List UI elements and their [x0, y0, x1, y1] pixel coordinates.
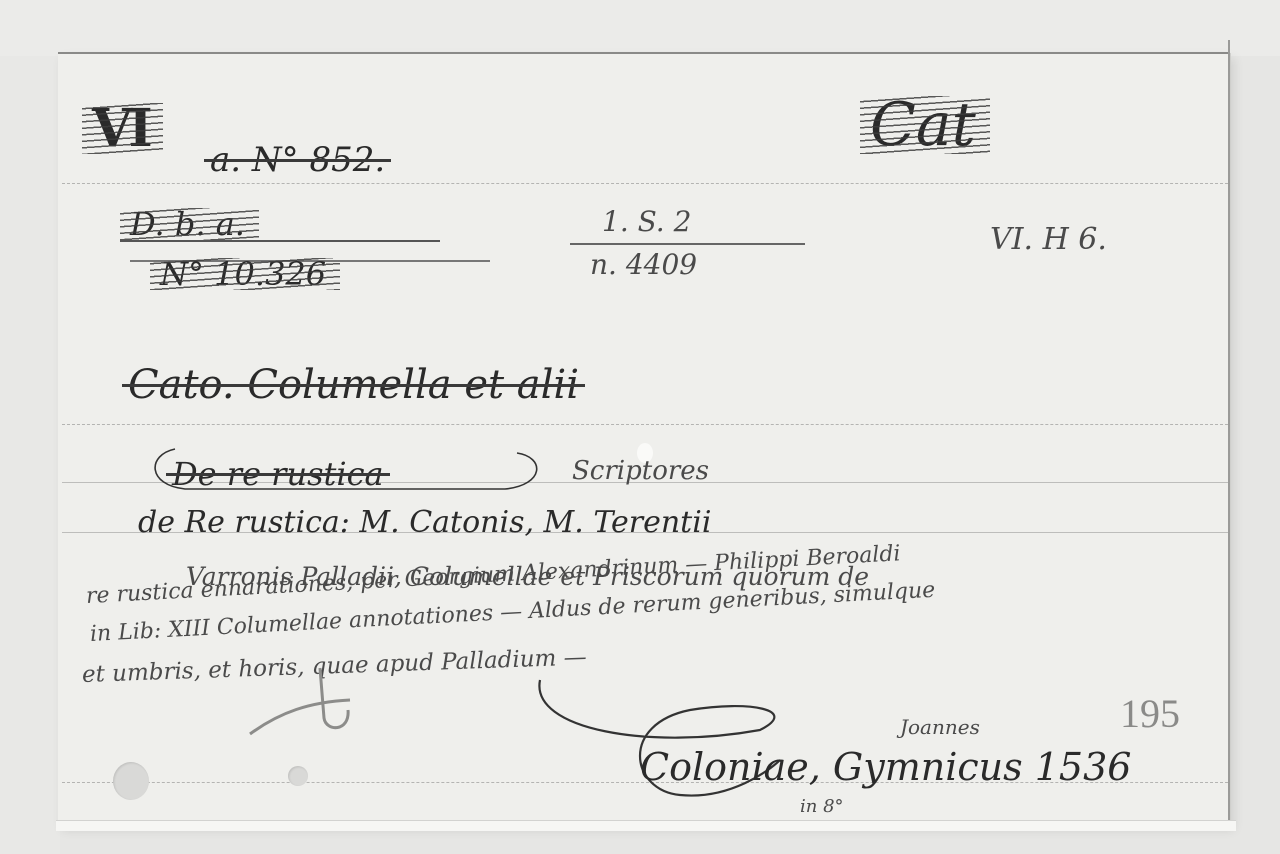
card-bottom-edge	[56, 820, 1236, 831]
pencil-scribble-icon	[240, 660, 380, 740]
scan-backdrop-left	[0, 56, 60, 854]
printer-forename: Joannes	[900, 715, 980, 739]
description-line-1: de Re rustica: M. Catonis, M. Terentii	[138, 505, 711, 540]
card-right-edge	[1228, 40, 1230, 830]
reference-bottom: n. 4409	[590, 248, 697, 281]
ruling-line	[62, 424, 1228, 425]
fraction-line	[570, 243, 805, 245]
subject-note: Scriptores	[572, 456, 709, 486]
subject-heading-struck: De re rustica	[172, 455, 384, 493]
old-shelf-mark-roman: VI	[92, 98, 149, 159]
imprint-place-year: Coloniae, Gymnicus 1536	[640, 745, 1131, 789]
ruling-line	[62, 183, 1228, 184]
reference-top: 1. S. 2	[602, 205, 691, 238]
author-heading-struck: Cato. Columella et alii	[128, 362, 579, 408]
scan-backdrop-top	[0, 0, 1280, 56]
catalog-mark-struck: Cat	[870, 90, 976, 160]
punch-hole	[113, 762, 149, 800]
old-classification-struck: D. b. a.	[130, 205, 245, 243]
current-shelf-mark: VI. H 6.	[990, 222, 1107, 257]
book-format: in 8°	[800, 796, 844, 817]
pencil-number: 195	[1120, 690, 1180, 737]
old-accession-number-struck: N° 10.326	[160, 255, 326, 293]
old-shelf-number-struck: a. N° 852.	[210, 140, 385, 180]
punch-hole	[288, 766, 308, 786]
